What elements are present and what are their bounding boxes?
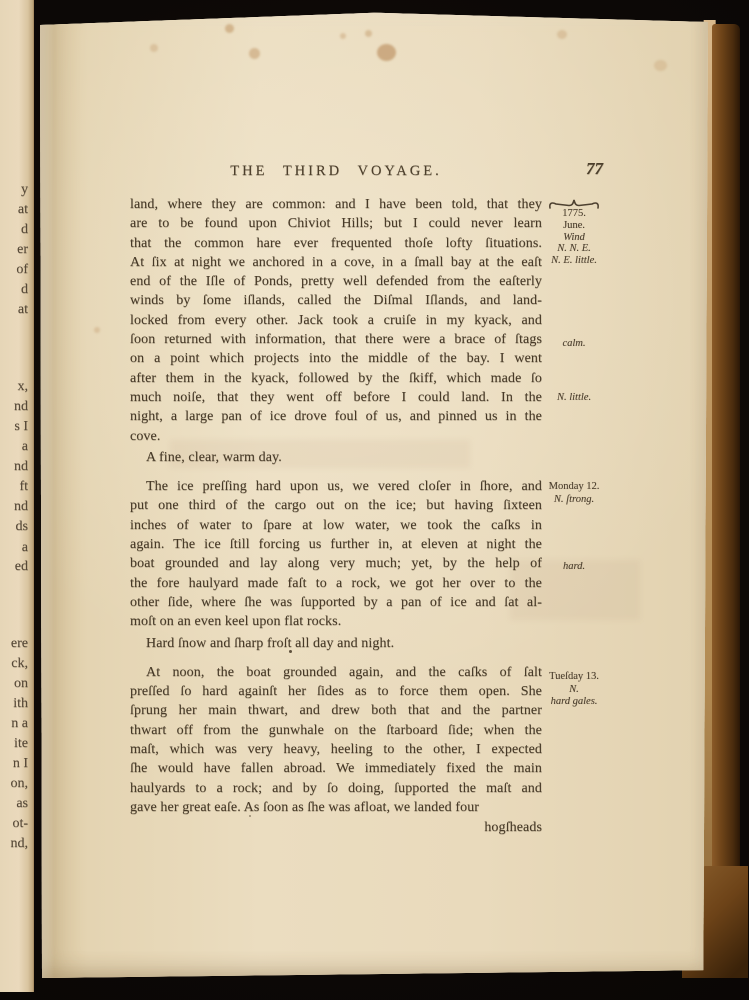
book-cover-edge [712, 24, 740, 972]
text-line: winds by ſome iſlands, called the Diſmal… [130, 291, 542, 310]
facing-page-line-fragment: ed [15, 560, 28, 574]
text-line: end of the Iſle of Ponds, pretty well de… [130, 272, 542, 291]
facing-page-line-fragment: nd [14, 460, 28, 474]
facing-page-line-fragment: ite [14, 737, 28, 751]
facing-page-line-fragment: x, [18, 380, 29, 394]
text-line: thwart off from the gunwhale on the ſtar… [130, 721, 542, 740]
facing-page-line-fragment: y [21, 183, 28, 197]
foxing-spot [94, 327, 100, 333]
facing-page-line-fragment: on, [11, 777, 29, 791]
margin-note: hard gales. [516, 696, 632, 707]
facing-page-line-fragment: ds [16, 520, 28, 534]
text-line: preſſed ſo hard againſt her ſides as to … [130, 682, 542, 701]
text-line: the fore haulyard made faſt to a rock, w… [130, 574, 542, 593]
text-line: The ice preſſing hard upon us, we vered … [130, 477, 542, 496]
margin-note: Monday 12. [516, 481, 632, 492]
foxing-spot [249, 48, 260, 59]
text-line: moſt on an even keel upon flat rocks. [130, 612, 542, 631]
foxing-spot [365, 30, 372, 37]
facing-page-line-fragment: d [21, 223, 28, 237]
text-line: locked from every other. Jack took a cru… [130, 311, 542, 330]
text-line: ſoon returned with information, that the… [130, 330, 542, 349]
text-line: ſprung her main thwart, and drew both th… [130, 701, 542, 720]
facing-page-line-fragment: n I [13, 757, 28, 771]
margin-note: hard. [516, 561, 632, 572]
margin-note: June. [516, 220, 632, 231]
facing-page-line-fragment: ith [13, 697, 28, 711]
text-line: haulyards to a rock; and by ſo doing, ſu… [130, 779, 542, 798]
facing-page-line-fragment: d [21, 283, 28, 297]
paragraph: The ice preſſing hard upon us, we vered … [130, 477, 542, 631]
facing-page-line-fragment: n a [11, 717, 28, 731]
facing-page-line-fragment: ck, [11, 657, 28, 671]
margin-notes-column: 1775.June.WindN. N. E.N. E. little.calm.… [516, 0, 632, 978]
facing-page-line-fragment: ft [19, 480, 28, 494]
text-line: At ſix at night we anchored in a cove, i… [130, 253, 542, 272]
facing-page-line-fragment: as [16, 797, 28, 811]
paragraph: land, where they are common: and I have … [130, 195, 542, 446]
text-line: Hard ſnow and ſharp froſt all day and ni… [130, 634, 542, 653]
margin-note: N. E. little. [516, 255, 632, 266]
text-line: ſhe would have fallen abroad. We immedia… [130, 759, 542, 778]
foxing-spot [150, 44, 158, 52]
paragraph: At noon, the boat grounded again, and th… [130, 663, 542, 817]
margin-note: calm. [516, 338, 632, 349]
facing-page-line-fragment: ot- [12, 817, 28, 831]
paragraph: Hard ſnow and ſharp froſt all day and ni… [130, 634, 542, 653]
facing-page-line-fragment: at [18, 203, 28, 217]
text-line: night, a large pan of ice drove foul of … [130, 407, 542, 426]
text-line: maſt, which was very heavy, heeling to t… [130, 740, 542, 759]
foxing-spot [377, 44, 396, 61]
text-line: after them in the kyack, followed by the… [130, 369, 542, 388]
facing-page-line-fragment: at [18, 303, 28, 317]
margin-note: Wind [516, 232, 632, 243]
margin-note: N. ſtrong. [516, 494, 632, 505]
text-line: gave her great eaſe. As ſoon as ſhe was … [130, 798, 542, 817]
foxing-spot [340, 33, 346, 39]
margin-note: 1775. [516, 208, 632, 219]
facing-page-line-fragment: s I [14, 420, 28, 434]
facing-page-line-fragment: on [14, 677, 28, 691]
foxing-spot [225, 24, 234, 33]
running-head-title: THE THIRD VOYAGE. [130, 163, 542, 180]
book-photograph: yatderofdatx,nds Iandftnddsaedereck,onit… [0, 0, 749, 1000]
catchword: hogſheads [130, 818, 542, 837]
text-line: A fine, clear, warm day. [130, 448, 542, 467]
text-line: cove. [130, 427, 542, 446]
facing-page-line-fragment: a [22, 440, 28, 454]
facing-page-line-fragment: nd, [11, 837, 29, 851]
facing-page-line-fragment: ere [11, 637, 28, 651]
text-line: put one third of the cargo out on the ic… [130, 496, 542, 515]
text-line: boat grounded and lay along very much; y… [130, 554, 542, 573]
margin-note: N. N. E. [516, 243, 632, 254]
text-column: land, where they are common: and I have … [130, 195, 542, 838]
facing-page-line-fragment: nd [14, 400, 28, 414]
foxing-spot [654, 60, 667, 71]
text-line: land, where they are common: and I have … [130, 195, 542, 214]
text-line: on a point which projects into the middl… [130, 349, 542, 368]
text-line: inches of water to ſpare at low water, w… [130, 516, 542, 535]
text-line: again. The ice ſtill forcing us further … [130, 535, 542, 554]
facing-page-line-fragment: a [22, 541, 28, 555]
paragraph: A fine, clear, warm day. [130, 448, 542, 467]
text-line: are to be found upon Chiviot Hills; but … [130, 214, 542, 233]
text-line: that the common hare ever frequented tho… [130, 234, 542, 253]
margin-note: N. [516, 684, 632, 695]
text-line: other ſide, where ſhe was ſupported by a… [130, 593, 542, 612]
text-line: At noon, the boat grounded again, and th… [130, 663, 542, 682]
margin-note: Tueſday 13. [516, 671, 632, 682]
facing-page-edge: yatderofdatx,nds Iandftnddsaedereck,onit… [0, 0, 34, 992]
margin-note: N. little. [516, 392, 632, 403]
text-line: much noiſe, that they went off before I … [130, 388, 542, 407]
facing-page-line-fragment: nd [14, 500, 28, 514]
facing-page-line-fragment: of [16, 263, 28, 277]
book-page: THE THIRD VOYAGE. 77 land, where they ar… [40, 0, 708, 978]
facing-page-line-fragment: er [17, 243, 28, 257]
